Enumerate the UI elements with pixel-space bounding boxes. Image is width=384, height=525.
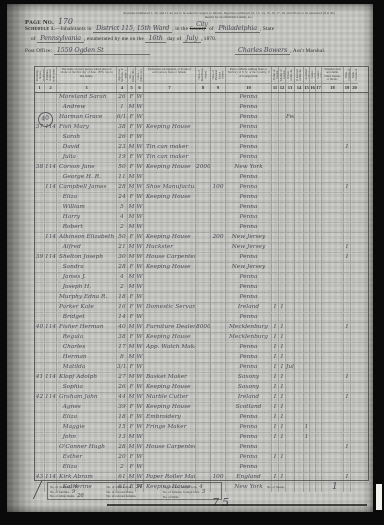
table-cell: Fringe Maker [144, 423, 196, 432]
table-cell [144, 453, 196, 462]
table-cell [351, 463, 358, 472]
table-cell [45, 313, 57, 322]
table-cell [351, 103, 358, 112]
table-cell [211, 93, 226, 102]
table-cell: W [136, 213, 144, 222]
table-cell [144, 313, 196, 322]
table-cell [286, 183, 295, 192]
table-cell: F [128, 333, 136, 342]
table-cell [211, 363, 226, 372]
table-cell [35, 143, 45, 152]
table-row: 391144Shelton Joseph30MWHouse CarpenterP… [35, 253, 368, 263]
table-cell: Saxony [226, 373, 272, 382]
table-cell [322, 123, 344, 132]
column-label: If married within the year, state month … [295, 67, 304, 83]
table-row: Bridget14FWPenna [35, 313, 368, 323]
column-header-10: Place of Birth, naming State or Territor… [226, 67, 272, 92]
table-row: David23MWTin can makerPenna1 [35, 143, 368, 153]
table-cell [295, 393, 304, 402]
table-row: Parker Kate16FWDomestic ServantIreland11 [35, 303, 368, 313]
table-cell: W [136, 443, 144, 452]
table-cell [295, 323, 304, 332]
table-cell [45, 443, 57, 452]
table-cell [295, 163, 304, 172]
table-cell [196, 313, 211, 322]
table-cell: Penna [226, 313, 272, 322]
table-cell [45, 193, 57, 202]
footer-item-label: No. of blind, [163, 495, 179, 499]
table-cell: New York [226, 483, 272, 492]
table-cell: 18 [117, 413, 128, 422]
table-cell [295, 473, 304, 482]
table-cell [295, 453, 304, 462]
table-cell: 1 [279, 363, 286, 372]
table-cell: Moreland Sarah [57, 93, 117, 102]
table-cell: Scotland [226, 403, 272, 412]
table-cell: 2 [117, 463, 128, 472]
table-cell [286, 383, 295, 392]
table-cell [272, 223, 279, 232]
table-cell [351, 343, 358, 352]
table-cell [196, 413, 211, 422]
table-cell [279, 203, 286, 212]
table-cell [351, 423, 358, 432]
table-cell: House Carpenter [144, 253, 196, 262]
table-cell [322, 433, 344, 442]
table-cell [295, 203, 304, 212]
table-cell: 28 [117, 443, 128, 452]
table-cell [144, 93, 196, 102]
table-cell [295, 133, 304, 142]
table-cell: Agnes [57, 403, 117, 412]
table-cell: 21 [117, 243, 128, 252]
table-cell: W [136, 463, 144, 472]
table-cell [211, 193, 226, 202]
table-cell [344, 123, 351, 132]
table-cell [272, 263, 279, 272]
table-cell: M [128, 273, 136, 282]
table-cell [196, 243, 211, 252]
table-cell [322, 223, 344, 232]
table-cell [322, 143, 344, 152]
table-cell: Penna [226, 253, 272, 262]
table-cell [295, 363, 304, 372]
table-cell: James J. [57, 273, 117, 282]
column-header-9: Value of Personal Estate owned.9 [211, 67, 226, 92]
table-cell: 1 [272, 473, 279, 482]
table-cell [344, 433, 351, 442]
table-cell [45, 423, 57, 432]
table-cell [279, 243, 286, 252]
table-cell: New Jersey [226, 243, 272, 252]
table-cell [279, 223, 286, 232]
table-cell: W [136, 113, 144, 122]
table-cell: Domestic Servant [144, 303, 196, 312]
table-cell [272, 443, 279, 452]
table-row: 1143Atkinson Elizabeth50FWKeeping House2… [35, 233, 368, 243]
table-cell: Furniture Dealer [144, 323, 196, 332]
table-cell [286, 293, 295, 302]
table-cell [35, 313, 45, 322]
column-header-3: The name of every person whose place of … [57, 67, 117, 92]
table-cell [344, 463, 351, 472]
footer-item-value: 26 [77, 493, 84, 498]
table-cell: F [128, 453, 136, 462]
place-value: Philadelphia [215, 24, 260, 33]
table-cell [35, 203, 45, 212]
table-cell: W [136, 423, 144, 432]
table-cell: 4 [117, 273, 128, 282]
table-cell [35, 243, 45, 252]
table-cell [286, 263, 295, 272]
table-cell: Keeping House [144, 233, 196, 242]
table-cell: Graham John [57, 393, 117, 402]
table-cell: 1 [279, 373, 286, 382]
table-cell: Atkinson Elizabeth [57, 233, 117, 242]
table-cell: 13 [117, 433, 128, 442]
table-cell [35, 353, 45, 362]
table-cell [211, 223, 226, 232]
table-cell: Penna [226, 463, 272, 472]
table-cell: 40 [117, 323, 128, 332]
table-cell: 1141 [45, 163, 57, 172]
table-cell [351, 243, 358, 252]
table-cell [45, 243, 57, 252]
table-cell [45, 103, 57, 112]
column-header-12: Mother of foreign birth.12 [279, 67, 286, 92]
table-cell [286, 463, 295, 472]
table-cell: Keeping House [144, 193, 196, 202]
table-cell [322, 113, 344, 122]
table-cell [196, 353, 211, 362]
table-cell: Murphy Edna R. [57, 293, 117, 302]
column-label: If born within the year, state month (Ja… [286, 67, 295, 83]
column-number: 15 [304, 83, 309, 92]
column-number: 8 [196, 83, 210, 92]
table-cell: 50 [117, 163, 128, 172]
column-label: Whether deaf and dumb, blind, insane, or… [322, 67, 343, 83]
post-office-label: Post Office: [25, 48, 52, 54]
table-cell [35, 133, 45, 142]
table-cell: Corson Jane [57, 163, 117, 172]
table-cell [322, 343, 344, 352]
table-cell: M [128, 253, 136, 262]
table-cell [272, 93, 279, 102]
table-cell [35, 193, 45, 202]
table-cell [344, 173, 351, 182]
table-cell [211, 123, 226, 132]
column-header-11: Father of foreign birth.11 [272, 67, 279, 92]
table-cell [295, 293, 304, 302]
table-cell: 1 [272, 343, 279, 352]
table-cell [272, 183, 279, 192]
table-cell: 1 [279, 473, 286, 482]
table-cell: W [136, 403, 144, 412]
table-cell [196, 303, 211, 312]
marshal-title: , Ass't Marshal. [290, 48, 325, 54]
column-number: 6 [136, 83, 143, 92]
table-cell [286, 273, 295, 282]
table-cell [295, 313, 304, 322]
table-cell [295, 183, 304, 192]
table-cell [322, 133, 344, 142]
column-header-2: Families, numbered in the order of visit… [45, 67, 57, 92]
table-cell [45, 453, 57, 462]
table-cell [295, 223, 304, 232]
table-cell [272, 273, 279, 282]
post-office-block: Post Office: 1559 Ogden St [25, 46, 150, 55]
table-cell [351, 173, 358, 182]
table-cell [322, 363, 344, 372]
table-cell [35, 93, 45, 102]
table-cell: 1 [344, 243, 351, 252]
table-cell [45, 153, 57, 162]
table-cell [196, 173, 211, 182]
table-cell: Harry [57, 213, 117, 222]
table-cell [211, 403, 226, 412]
table-cell: New Jersey [226, 233, 272, 242]
table-cell [344, 93, 351, 102]
table-cell: Mecklenburg [226, 333, 272, 342]
table-cell [351, 353, 358, 362]
table-cell [45, 223, 57, 232]
table-cell [322, 473, 344, 482]
table-cell [351, 293, 358, 302]
table-cell: Fish Mary [57, 123, 117, 132]
table-cell [272, 193, 279, 202]
table-cell: Regula [57, 333, 117, 342]
table-cell [196, 213, 211, 222]
table-cell: Joseph H. [57, 283, 117, 292]
table-cell [351, 313, 358, 322]
table-cell: Esther [57, 453, 117, 462]
table-cell [196, 143, 211, 152]
table-cell: F [128, 263, 136, 272]
table-cell: 1 [344, 393, 351, 402]
table-cell: F [128, 193, 136, 202]
table-cell [351, 193, 358, 202]
table-cell: Penna [226, 113, 272, 122]
table-cell: Eliza [57, 193, 117, 202]
table-cell: F [128, 423, 136, 432]
table-cell [272, 143, 279, 152]
table-row: Sandra28FWKeeping HouseNew Jersey [35, 263, 368, 273]
table-cell [279, 283, 286, 292]
table-cell: 1 [279, 323, 286, 332]
table-cell [35, 233, 45, 242]
table-cell [279, 313, 286, 322]
table-cell: W [136, 223, 144, 232]
table-cell [45, 203, 57, 212]
table-cell [286, 393, 295, 402]
table-cell [144, 103, 196, 112]
table-cell [35, 403, 45, 412]
day-of-label: day of [167, 36, 181, 42]
table-cell [344, 133, 351, 142]
table-cell [272, 133, 279, 142]
table-cell: 1 [344, 253, 351, 262]
table-cell [286, 123, 295, 132]
table-cell [322, 193, 344, 202]
table-cell [286, 133, 295, 142]
table-cell [344, 203, 351, 212]
table-cell [279, 293, 286, 302]
table-cell [272, 203, 279, 212]
table-cell [295, 423, 304, 432]
table-cell [295, 153, 304, 162]
table-cell: Sarah [57, 133, 117, 142]
column-number: 11 [272, 83, 278, 92]
table-cell: 23 [117, 143, 128, 152]
table-cell [35, 283, 45, 292]
table-cell: 5 [117, 203, 128, 212]
table-cell: F [128, 163, 136, 172]
table-cell [344, 363, 351, 372]
table-cell: W [136, 243, 144, 252]
table-cell: W [136, 143, 144, 152]
table-cell [286, 253, 295, 262]
table-cell: Penna [226, 123, 272, 132]
table-cell [279, 233, 286, 242]
table-row: 1142Campbell James28MWShoe Manufacturer1… [35, 183, 368, 193]
column-number: 14 [295, 83, 303, 92]
table-cell: Harman Grace [57, 113, 117, 122]
table-cell: M [128, 343, 136, 352]
census-scan-viewport: Page No. 170 Inquiries numbered 1, 10, a… [0, 0, 384, 525]
schedule-line-1: Schedule 1.—Inhabitants in District 115,… [25, 24, 370, 32]
table-cell [344, 263, 351, 272]
table-cell: M [128, 103, 136, 112]
table-cell: 1144 [45, 253, 57, 262]
table-cell: House Carpenter [144, 443, 196, 452]
table-cell: Feb [286, 113, 295, 122]
table-cell [272, 213, 279, 222]
table-cell [295, 243, 304, 252]
table-cell [211, 303, 226, 312]
table-cell: M [128, 443, 136, 452]
table-cell [322, 383, 344, 392]
table-cell: W [136, 413, 144, 422]
table-cell [351, 163, 358, 172]
table-cell [45, 93, 57, 102]
table-cell: Penna [226, 433, 272, 442]
table-cell: Marble Cutter [144, 393, 196, 402]
table-cell: 1 [272, 323, 279, 332]
column-number: 4 [117, 83, 127, 92]
table-cell: 1 [272, 363, 279, 372]
note-line-2: merely by an affirmative mark, as /. [95, 15, 363, 19]
table-row: Matilda3/12FWPenna11July [35, 363, 368, 373]
table-cell: 1 [272, 333, 279, 342]
table-cell [351, 123, 358, 132]
footer-column: No. of white females,34No. of colored ma… [106, 484, 162, 498]
table-cell [279, 163, 286, 172]
table-cell: F [128, 293, 136, 302]
table-row: Joseph H.2MWPenna [35, 283, 368, 293]
table-cell: Herman [57, 353, 117, 362]
table-cell [196, 363, 211, 372]
table-cell: Shoe Manufacturer [144, 183, 196, 192]
table-cell [322, 373, 344, 382]
table-row: John13MWPenna111 [35, 433, 368, 443]
table-cell [322, 283, 344, 292]
table-cell [322, 203, 344, 212]
table-cell: W [136, 273, 144, 282]
table-cell [196, 223, 211, 232]
table-cell [45, 403, 57, 412]
table-cell [272, 103, 279, 112]
table-cell [144, 433, 196, 442]
table-row: Murphy Edna R.18FWPenna [35, 293, 368, 303]
table-row: Moreland Sarah26FWPenna [35, 93, 368, 103]
table-cell: David [57, 143, 117, 152]
table-cell: F [128, 233, 136, 242]
table-cell [344, 103, 351, 112]
table-cell [272, 293, 279, 302]
footer-item: No. of colored females, [106, 494, 162, 498]
table-cell: Ireland [226, 303, 272, 312]
table-cell [351, 393, 358, 402]
table-cell [196, 133, 211, 142]
table-cell [211, 203, 226, 212]
table-cell [286, 353, 295, 362]
table-cell [344, 293, 351, 302]
table-cell: M [128, 323, 136, 332]
table-cell [344, 113, 351, 122]
census-table: Dwelling-houses, numbered in the order o… [34, 66, 369, 481]
table-cell: W [136, 173, 144, 182]
column-header-13: If born within the year, state month (Ja… [286, 67, 295, 92]
table-cell: 38 [117, 123, 128, 132]
table-cell [211, 443, 226, 452]
table-cell: M [128, 203, 136, 212]
table-cell: Sandra [57, 263, 117, 272]
table-cell [45, 293, 57, 302]
schedule-line-2: of Pennsylvania, enumerated by me on the… [31, 34, 371, 42]
table-cell [351, 203, 358, 212]
table-cell: 1142 [45, 183, 57, 192]
table-row: Sophia26FWKeeping HouseSaxony11 [35, 383, 368, 393]
table-cell [344, 343, 351, 352]
table-cell: Penna [226, 293, 272, 302]
table-row: Agnes39FWKeeping HouseScotland11 [35, 403, 368, 413]
table-cell [351, 483, 358, 492]
district-value: District 115, 15th Ward [93, 24, 172, 33]
table-cell [351, 133, 358, 142]
table-cell [35, 443, 45, 452]
table-cell: M [128, 473, 136, 482]
table-cell [279, 213, 286, 222]
table-cell [211, 293, 226, 302]
table-cell [144, 283, 196, 292]
table-cell [344, 163, 351, 172]
table-cell [196, 93, 211, 102]
table-cell: W [136, 93, 144, 102]
table-cell: 42 [35, 393, 45, 402]
table-cell [295, 333, 304, 342]
table-cell: 1 [117, 103, 128, 112]
table-cell: 1143 [45, 233, 57, 242]
table-cell [196, 393, 211, 402]
column-label: Color.—White (W.), Black (B.), Mulatto (… [136, 67, 144, 83]
table-cell [295, 463, 304, 472]
table-cell [295, 213, 304, 222]
table-cell: W [136, 203, 144, 212]
table-cell: 1 [344, 473, 351, 482]
table-cell [322, 243, 344, 252]
day-value: 16th [145, 34, 165, 43]
table-cell: William [57, 203, 117, 212]
